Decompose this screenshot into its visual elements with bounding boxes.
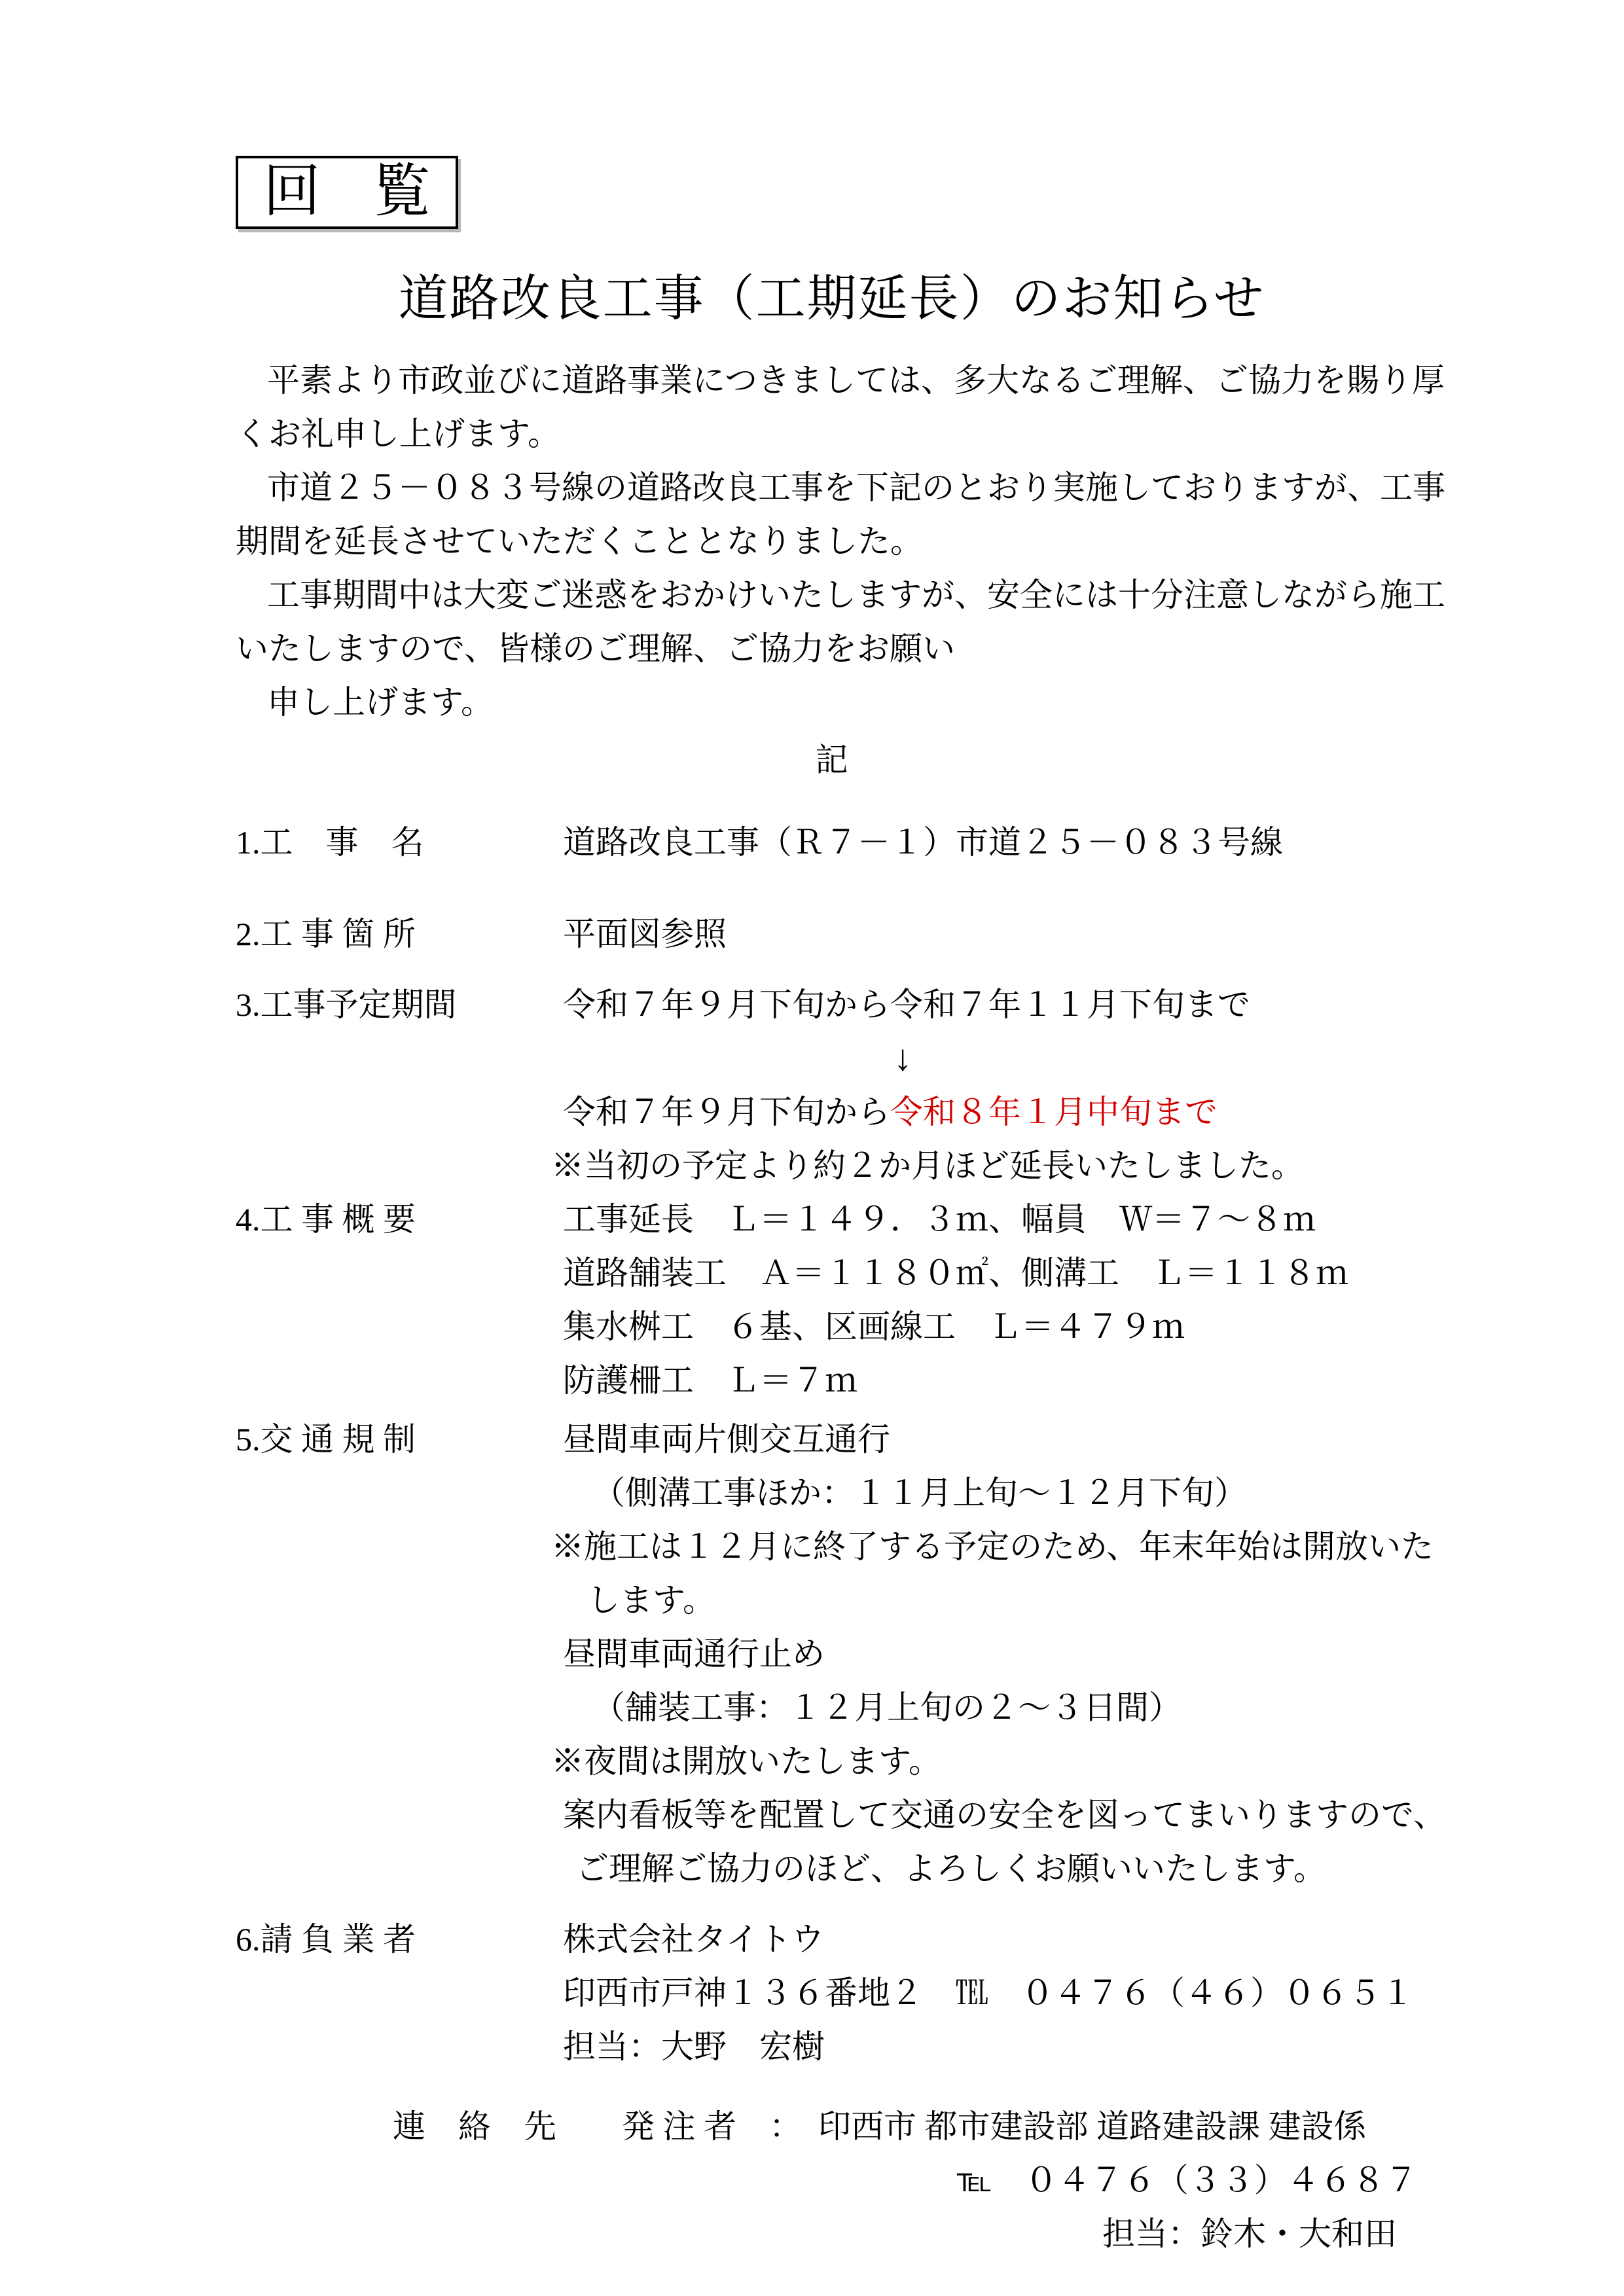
- item-row-construction-site: 2.工 事 箇 所 平面図参照: [236, 907, 1428, 961]
- page-title: 道路改良工事（工期延長）のお知らせ: [236, 265, 1428, 334]
- traffic-note-cont: します。: [563, 1573, 1446, 1627]
- contact-orderer: 連 絡 先 発 注 者 ： 印西市 都市建設部 道路建設課 建設係: [236, 2100, 1428, 2153]
- contractor-name: 株式会社タイトウ: [563, 1912, 1428, 1966]
- circulation-char-1: 回: [263, 164, 321, 221]
- item-value: 令和７年９月下旬から令和７年１１月下旬まで ↓ 令和７年９月下旬から令和８年１月…: [563, 978, 1428, 1193]
- intro-line: 平素より市政並びに道路事業につきましては、多大なるご理解、ご協力を賜り厚: [236, 353, 1428, 407]
- circulation-stamp-box: 回 覧: [236, 156, 458, 229]
- intro-line: いたしますので、皆様のご理解、ご協力をお願い: [236, 622, 1428, 675]
- contractor-address-tel: 印西市戸神１３６番地２ ℡ ０４７６（４６）０６５１: [563, 1966, 1428, 2020]
- down-arrow-icon: ↓: [563, 1031, 1428, 1085]
- intro-line: 市道２５－０８３号線の道路改良工事を下記のとおり実施しておりますが、工事: [236, 461, 1428, 514]
- item-row-construction-period: 3.工事予定期間 令和７年９月下旬から令和７年１１月下旬まで ↓ 令和７年９月下…: [236, 978, 1428, 1193]
- item-label: 4.工 事 概 要: [236, 1193, 563, 1246]
- items-list: 1.工 事 名 道路改良工事（Ｒ７－１）市道２５－０８３号線 2.工 事 箇 所…: [236, 816, 1428, 2073]
- item-value: 平面図参照: [563, 907, 1428, 961]
- traffic-note: ※夜間は開放いたします。: [551, 1734, 1446, 1788]
- contact-tel: ℡ ０４７６（３３）４６８７: [236, 2153, 1428, 2207]
- item-value: 昼間車両片側交互通行 （側溝工事ほか：１１月上旬～１２月下旬） ※施工は１２月に…: [563, 1412, 1446, 1895]
- period-extended-start: 令和７年９月下旬から: [563, 1094, 890, 1130]
- item-label: 3.工事予定期間: [236, 978, 563, 1031]
- ki-marker: 記: [236, 733, 1428, 787]
- outline-line: 集水桝工 ６基、区画線工 Ｌ＝４７９ｍ: [563, 1300, 1428, 1354]
- traffic-line: ご理解ご協力のほど、よろしくお願いいたします。: [563, 1842, 1446, 1895]
- traffic-line: 案内看板等を配置して交通の安全を図ってまいりますので、: [563, 1788, 1446, 1842]
- item-label: 2.工 事 箇 所: [236, 907, 563, 961]
- intro-line: 申し上げます。: [236, 675, 1428, 729]
- period-extended: 令和７年９月下旬から令和８年１月中旬まで: [563, 1085, 1428, 1139]
- period-note: ※当初の予定より約２か月ほど延長いたしました。: [551, 1139, 1428, 1193]
- traffic-line: （舗装工事：１２月上旬の２～３日間）: [563, 1681, 1446, 1734]
- traffic-line: 昼間車両片側交互通行: [563, 1412, 1446, 1466]
- intro-line: 期間を延長させていただくこととなりました。: [236, 514, 1428, 568]
- contact-block: 連 絡 先 発 注 者 ： 印西市 都市建設部 道路建設課 建設係 ℡ ０４７６…: [236, 2100, 1428, 2261]
- item-label: 6.請 負 業 者: [236, 1912, 563, 1966]
- outline-line: 工事延長 Ｌ＝１４９．３ｍ、幅員 Ｗ＝７～８ｍ: [563, 1193, 1428, 1246]
- traffic-line: （側溝工事ほか：１１月上旬～１２月下旬）: [563, 1466, 1446, 1520]
- item-row-construction-outline: 4.工 事 概 要 工事延長 Ｌ＝１４９．３ｍ、幅員 Ｗ＝７～８ｍ 道路舗装工 …: [236, 1193, 1428, 1407]
- period-original: 令和７年９月下旬から令和７年１１月下旬まで: [563, 978, 1428, 1031]
- item-value: 株式会社タイトウ 印西市戸神１３６番地２ ℡ ０４７６（４６）０６５１ 担当：大…: [563, 1912, 1428, 2073]
- outline-line: 防護柵工 Ｌ＝７ｍ: [563, 1354, 1428, 1407]
- contractor-person: 担当：大野 宏樹: [563, 2020, 1428, 2073]
- item-label: 1.工 事 名: [236, 816, 563, 869]
- document-page: 回 覧 道路改良工事（工期延長）のお知らせ 平素より市政並びに道路事業につきまし…: [0, 0, 1624, 2296]
- item-value: 道路改良工事（Ｒ７－１）市道２５－０８３号線: [563, 816, 1428, 869]
- intro-paragraphs: 平素より市政並びに道路事業につきましては、多大なるご理解、ご協力を賜り厚 くお礼…: [236, 353, 1428, 729]
- outline-line: 道路舗装工 Ａ＝１１８０㎡、側溝工 Ｌ＝１１８ｍ: [563, 1246, 1428, 1300]
- contact-person: 担当：鈴木・大和田: [236, 2207, 1428, 2261]
- document-content: 回 覧 道路改良工事（工期延長）のお知らせ 平素より市政並びに道路事業につきまし…: [0, 0, 1624, 2261]
- item-value: 工事延長 Ｌ＝１４９．３ｍ、幅員 Ｗ＝７～８ｍ 道路舗装工 Ａ＝１１８０㎡、側溝…: [563, 1193, 1428, 1407]
- circulation-char-2: 覧: [373, 164, 431, 221]
- item-row-traffic-regulation: 5.交 通 規 制 昼間車両片側交互通行 （側溝工事ほか：１１月上旬～１２月下旬…: [236, 1412, 1428, 1895]
- traffic-line: 昼間車両通行止め: [563, 1627, 1446, 1681]
- item-row-construction-name: 1.工 事 名 道路改良工事（Ｒ７－１）市道２５－０８３号線: [236, 816, 1428, 869]
- intro-line: 工事期間中は大変ご迷惑をおかけいたしますが、安全には十分注意しながら施工: [236, 568, 1428, 622]
- item-label: 5.交 通 規 制: [236, 1412, 563, 1466]
- period-extended-end-highlight: 令和８年１月中旬まで: [890, 1094, 1218, 1130]
- traffic-note: ※施工は１２月に終了する予定のため、年末年始は開放いた: [551, 1520, 1446, 1573]
- intro-line: くお礼申し上げます。: [236, 407, 1428, 461]
- item-row-contractor: 6.請 負 業 者 株式会社タイトウ 印西市戸神１３６番地２ ℡ ０４７６（４６…: [236, 1912, 1428, 2073]
